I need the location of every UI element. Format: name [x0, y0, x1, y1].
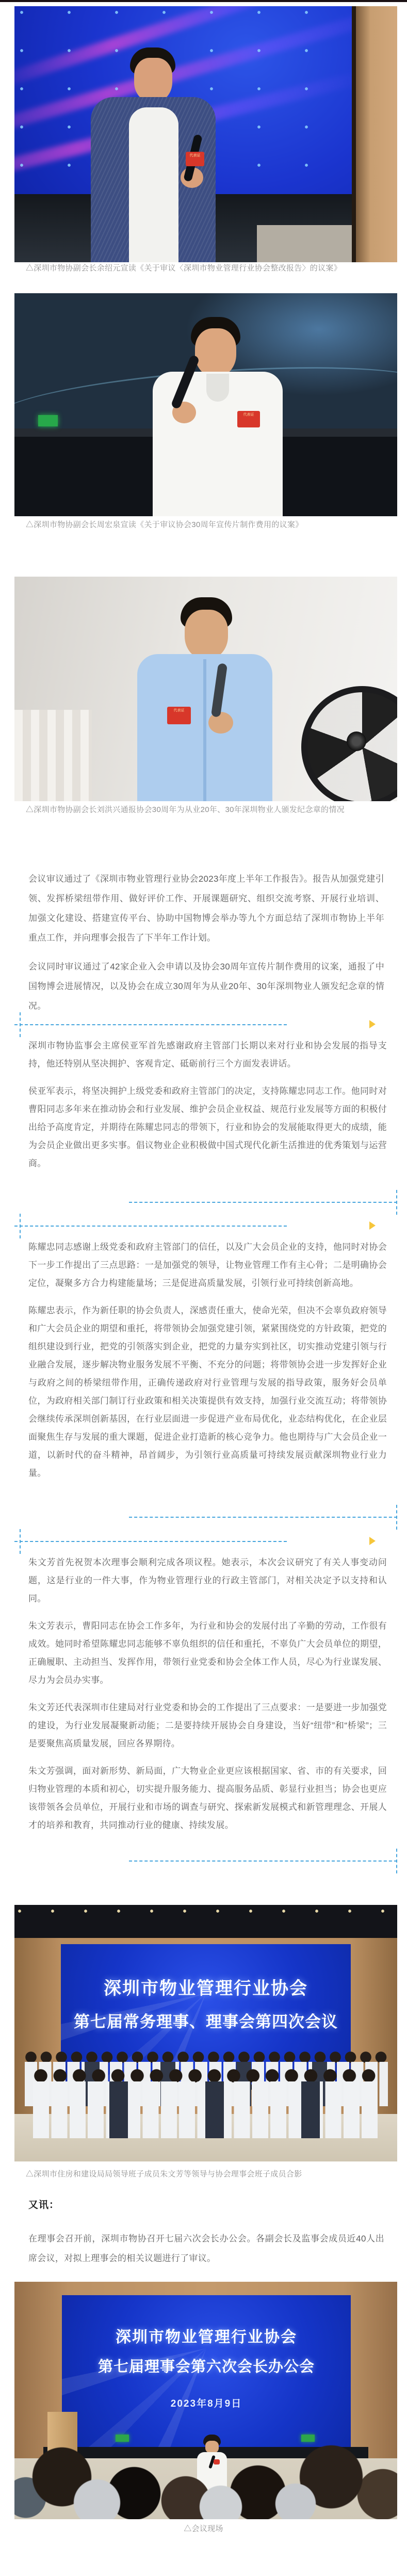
- section-label: 又讯：: [28, 2197, 59, 2211]
- quote-paragraph: 朱文芳还代表深圳市住建局对行业党委和协会的工作提出了三点要求：一是要进一步加强党…: [28, 1698, 387, 1753]
- quote-paragraph: 陈耀忠同志感谢上级党委和政府主管部门的信任，以及广大会员企业的支持，他同时对协会…: [28, 1238, 387, 1292]
- photo-speaker-2[interactable]: 代表证: [14, 293, 397, 516]
- quote-paragraph: 深圳市物协监事会主席侯亚军首先感谢政府主管部门长期以来对行业和协会发展的指导支持…: [28, 1037, 387, 1073]
- stage-steps: [257, 225, 356, 262]
- speaker-head: [134, 58, 172, 102]
- wood-wall: [352, 6, 397, 262]
- delegate-badge: 代表证: [237, 411, 260, 427]
- fan-hub: [347, 732, 366, 751]
- dashed-line: [14, 1024, 287, 1025]
- speaker-shirt: [129, 107, 178, 262]
- quote-paragraph: 侯亚军表示，将坚决拥护上级党委和政府主管部门的决定，支持陈耀忠同志工作。他同时对…: [28, 1082, 387, 1172]
- body-paragraph: 会议同时审议通过了42家企业入会申请以及协会30周年宣传片制作费用的议案，通报了…: [28, 957, 384, 1016]
- screen-title-line1: 深圳市物业管理行业协会: [61, 1974, 351, 1999]
- screen-title-line1: 深圳市物业管理行业协会: [62, 2324, 351, 2347]
- photo-caption-4: △深圳市住房和建设局局领导班子成员朱文芳等领导与协会理事会班子成员合影: [26, 2169, 387, 2180]
- dashed-tick: [396, 1505, 397, 1530]
- quote-paragraph: 陈耀忠表示，作为新任职的协会负责人，深感责任重大，使命光荣，但决不会辜负政府领导…: [28, 1301, 387, 1482]
- quote-paragraph: 朱文芳强调，面对新形势、新局面，广大物业企业更应该根据国家、省、市的有关要求，回…: [28, 1762, 387, 1834]
- body-paragraph: 会议审议通过了《深圳市物业管理行业协会2023年度上半年工作报告》。报告从加强党…: [28, 869, 384, 948]
- photo-meeting-scene[interactable]: 深圳市物业管理行业协会 第七届理事会第六次会长办公会 2023年8月9日: [14, 2282, 397, 2519]
- screen-title-line2: 第七届常务理事、理事会第四次会议: [61, 2009, 351, 2032]
- front-row-bodies: [32, 2081, 380, 2138]
- photo-speaker-1[interactable]: 代表证: [14, 6, 397, 262]
- audience-silhouettes: [14, 2416, 397, 2519]
- dashed-line: [14, 1226, 287, 1227]
- article-page: 代表证 △深圳市物协副会长余绍元宣读《关于审议〈深圳市物业管理行业协会整改报告〉…: [0, 0, 407, 2576]
- screen-date: 2023年8月9日: [62, 2396, 351, 2410]
- previous-image-edge: [0, 0, 407, 2]
- quote-paragraph: 朱文芳表示，曹阳同志在协会工作多年，为行业和协会的发展付出了辛勤的劳动，工作很有…: [28, 1617, 387, 1689]
- triangle-marker-icon: [369, 1537, 376, 1545]
- photo-speaker-3[interactable]: 代表证: [14, 577, 397, 801]
- dashed-line: [14, 1541, 287, 1542]
- dashed-line: [129, 1202, 397, 1203]
- ceiling-lights: [14, 1909, 397, 1913]
- photo-caption-2: △深圳市物协副会长周宏泉宣读《关于审议协会30周年宣传片制作费用的议案》: [26, 519, 387, 531]
- polo-collar: [206, 374, 229, 402]
- quote-block-zhuwenfang: 朱文芳首先祝贺本次理事会顺利完成各项议程。她表示，本次会议研究了有关人事变动问题…: [14, 1541, 397, 1862]
- shirt-placket: [203, 659, 206, 801]
- screen-title-line2: 第七届理事会第六次会长办公会: [62, 2355, 351, 2376]
- speaker-head: [195, 328, 236, 377]
- photo-caption-1: △深圳市物协副会长余绍元宣读《关于审议〈深圳市物业管理行业协会整改报告〉的议案》: [26, 263, 387, 274]
- triangle-marker-icon: [369, 1221, 376, 1230]
- triangle-marker-icon: [369, 1020, 376, 1028]
- dashed-line: [129, 1861, 397, 1862]
- body-paragraph: 在理事会召开前，深圳市物协召开七届六次会长办公会。各副会长及监事会成员近40人出…: [28, 2229, 384, 2268]
- quote-block-chenyaozhong: 陈耀忠同志感谢上级党委和政府主管部门的信任，以及广大会员企业的支持，他同时对协会…: [14, 1226, 397, 1518]
- dashed-line: [129, 1517, 397, 1518]
- curtain: [14, 710, 92, 801]
- dashed-tick: [396, 1190, 397, 1215]
- speaker-head: [185, 610, 228, 659]
- dashed-tick: [396, 1849, 397, 1873]
- quote-block-houyajun: 深圳市物协监事会主席侯亚军首先感谢政府主管部门长期以来对行业和协会发展的指导支持…: [14, 1024, 397, 1203]
- delegate-badge: 代表证: [167, 707, 191, 724]
- quote-paragraph: 朱文芳首先祝贺本次理事会顺利完成各项议程。她表示，本次会议研究了有关人事变动问题…: [28, 1553, 387, 1608]
- exit-sign: [38, 415, 58, 426]
- photo-caption-5: △会议现场: [0, 2523, 407, 2535]
- delegate-badge: 代表证: [186, 152, 204, 166]
- photo-caption-3: △深圳市物协副会长刘洪兴通报协会30周年为从业20年、30年深圳物业人颁发纪念章…: [26, 804, 387, 816]
- photo-group[interactable]: 深圳市物业管理行业协会 第七届常务理事、理事会第四次会议: [14, 1905, 397, 2161]
